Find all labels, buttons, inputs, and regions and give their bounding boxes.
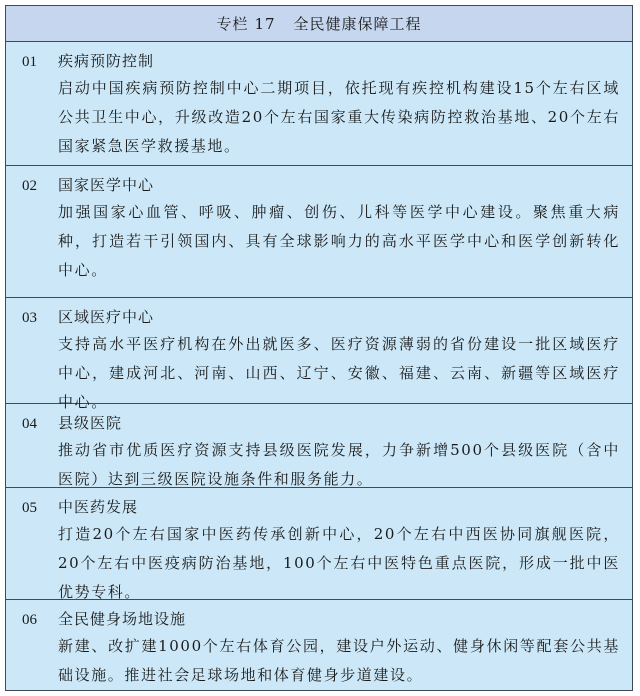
section-body: 打造20个左右国家中医药传承创新中心，20个左右中西医协同旗舰医院，20个左右中… [58,520,620,607]
header-title: 全民健康保障工程 [294,13,422,34]
section-title: 国家医学中心 [58,172,154,198]
section-title: 全民健身场地设施 [58,606,186,632]
section-body: 加强国家心血管、呼吸、肿瘤、创伤、儿科等医学中心建设。聚焦重大病种，打造若干引领… [58,198,620,285]
section-title: 疾病预防控制 [58,48,154,74]
section-number: 06 [6,612,58,629]
section-number: 04 [6,416,58,433]
box-header: 专栏 17 全民健康保障工程 [6,6,632,42]
section-body: 新建、改扩建1000个左右体育公园，建设户外运动、健身休闲等配套公共基础设施。推… [58,632,620,690]
section-body: 推动省市优质医疗资源支持县级医院发展，力争新增500个县级医院（含中医院）达到三… [58,436,620,494]
section-county-hospital: 04 县级医院 推动省市优质医疗资源支持县级医院发展，力争新增500个县级医院（… [6,404,632,488]
section-fitness-facilities: 06 全民健身场地设施 新建、改扩建1000个左右体育公园，建设户外运动、健身休… [6,600,632,691]
section-number: 02 [6,178,58,195]
section-number: 01 [6,54,58,71]
section-title: 区域医疗中心 [58,304,154,330]
section-body: 启动中国疾病预防控制中心二期项目，依托现有疾控机构建设15个左右区域公共卫生中心… [58,74,620,161]
section-disease-prevention: 01 疾病预防控制 启动中国疾病预防控制中心二期项目，依托现有疾控机构建设15个… [6,42,632,166]
section-regional-medical-center: 03 区域医疗中心 支持高水平医疗机构在外出就医多、医疗资源薄弱的省份建设一批区… [6,298,632,404]
section-national-medical-center: 02 国家医学中心 加强国家心血管、呼吸、肿瘤、创伤、儿科等医学中心建设。聚焦重… [6,166,632,298]
header-label: 专栏 [216,13,248,34]
section-title: 县级医院 [58,410,122,436]
section-number: 03 [6,310,58,327]
section-tcm-development: 05 中医药发展 打造20个左右国家中医药传承创新中心，20个左右中西医协同旗舰… [6,488,632,600]
section-title: 中医药发展 [58,494,138,520]
section-number: 05 [6,500,58,517]
feature-box: 专栏 17 全民健康保障工程 01 疾病预防控制 启动中国疾病预防控制中心二期项… [5,5,633,691]
header-number: 17 [254,15,275,33]
